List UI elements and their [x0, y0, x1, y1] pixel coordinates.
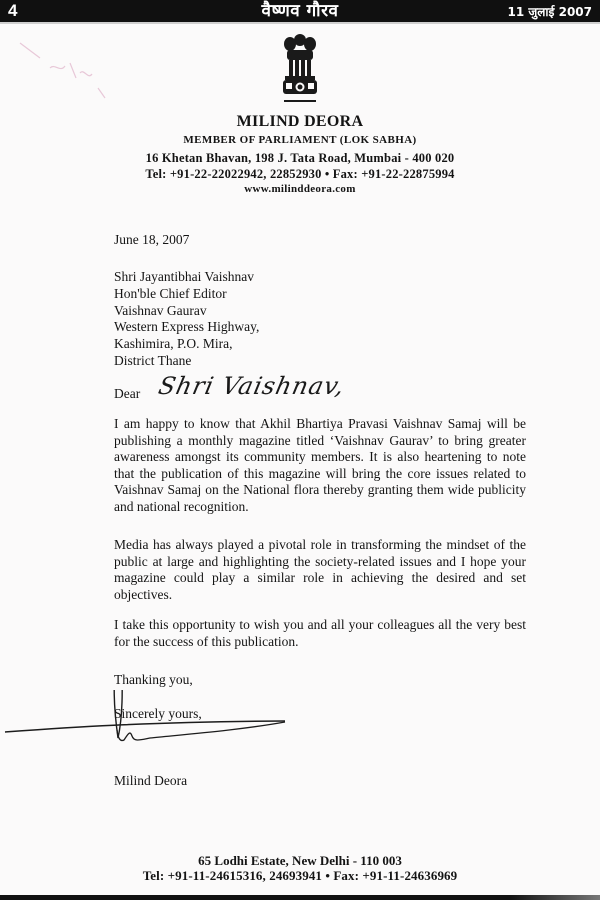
recipient-line: Kashimira, P.O. Mira,: [114, 336, 526, 353]
salutation-handwritten: Shri Vaishnav,: [157, 378, 346, 395]
issue-date: 11 जुलाई 2007: [508, 3, 593, 20]
page-bottom-bar: [0, 895, 600, 900]
letter-date: June 18, 2007: [114, 232, 526, 249]
letterhead-name: MILIND DEORA: [0, 113, 600, 131]
scan-mark-scribble: [10, 38, 120, 108]
salutation: Dear Shri Vaishnav,: [114, 382, 526, 403]
recipient-line: Shri Jayantibhai Vaishnav: [114, 269, 526, 286]
recipient-line: Western Express Highway,: [114, 319, 526, 336]
salutation-printed: Dear: [114, 386, 140, 401]
signer-name: Milind Deora: [114, 773, 526, 790]
recipient-line: District Thane: [114, 353, 526, 370]
header-divider: [0, 22, 600, 24]
body-paragraph: I take this opportunity to wish you and …: [114, 617, 526, 650]
letterhead-title: MEMBER OF PARLIAMENT (LOK SABHA): [0, 134, 600, 146]
recipient-line: Hon'ble Chief Editor: [114, 286, 526, 303]
letterhead-address: 16 Khetan Bhavan, 198 J. Tata Road, Mumb…: [0, 151, 600, 166]
footer-address: 65 Lodhi Estate, New Delhi - 110 003: [0, 853, 600, 869]
body-paragraph: Media has always played a pivotal role i…: [114, 537, 526, 603]
letterhead-website: www.milinddeora.com: [0, 183, 600, 195]
newspaper-header-bar: 4 वैष्णव गौरव 11 जुलाई 2007: [0, 0, 600, 22]
footer-phone-fax: Tel: +91-11-24615316, 24693941 • Fax: +9…: [0, 868, 600, 884]
closing-thanks: Thanking you,: [114, 672, 526, 689]
recipient-address-block: Shri Jayantibhai Vaishnav Hon'ble Chief …: [114, 269, 526, 370]
handwritten-signature: [0, 690, 300, 760]
body-paragraph: I am happy to know that Akhil Bhartiya P…: [114, 416, 526, 515]
recipient-line: Vaishnav Gaurav: [114, 303, 526, 320]
state-emblem-icon: [277, 30, 323, 110]
letterhead-phone-fax: Tel: +91-22-22022942, 22852930 • Fax: +9…: [0, 167, 600, 182]
